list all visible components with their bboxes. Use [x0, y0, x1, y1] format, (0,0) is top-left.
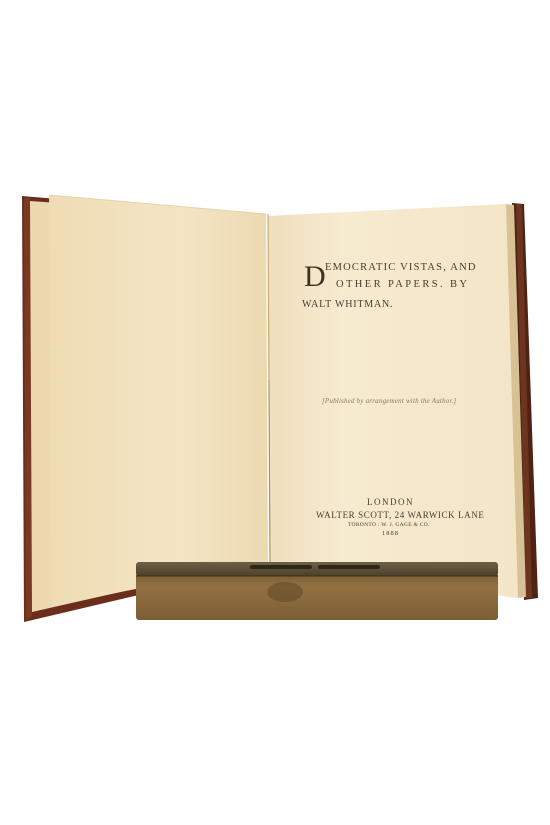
author-name: WALT WHITMAN.	[302, 299, 393, 310]
title-line-1: EMOCRATIC VISTAS, AND	[325, 262, 477, 273]
imprint-publisher: WALTER SCOTT, 24 WARWICK LANE	[316, 510, 484, 520]
imprint-agent: TORONTO : W. J. GAGE & CO.	[348, 522, 430, 528]
title-line-2: OTHER PAPERS. BY	[336, 279, 469, 290]
publication-note: [Published by arrangement with the Autho…	[322, 397, 456, 405]
imprint-city: LONDON	[367, 497, 414, 507]
book-photo: D EMOCRATIC VISTAS, AND OTHER PAPERS. BY…	[0, 0, 550, 825]
title-page-text: D EMOCRATIC VISTAS, AND OTHER PAPERS. BY…	[0, 0, 550, 825]
imprint-year: 1888	[382, 530, 399, 537]
title-dropcap: D	[304, 262, 326, 292]
